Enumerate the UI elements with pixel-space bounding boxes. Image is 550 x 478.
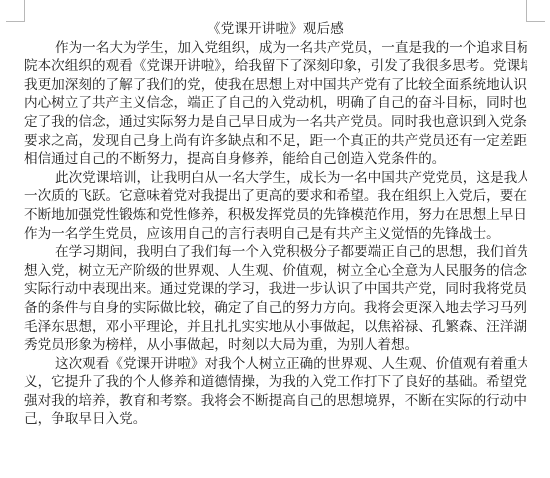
text-line: 我更加深刻的了解了我们的党，使我在思想上对中国共产党有了比较全面系统地认识，并在 — [24, 76, 527, 95]
document-page[interactable]: 《党课开讲啦》观后感 作为一名大为学生，加入党组织，成为一名共产党员，一直是我的… — [24, 20, 527, 429]
text-line: 想入党，树立无产阶级的世界观、人生观、价值观，树立全心全意为人民服务的信念，并从 — [24, 262, 527, 281]
paragraph-3: 在学习期间，我明白了我们每一个入党积极分子都要端正自己的思想，我们首先从思 想入… — [24, 243, 527, 355]
text-line: 强对我的培养，教育和考察。我将会不断提高自己的思想境界，不断在实际的行动中锻炼自 — [24, 392, 527, 411]
document-title: 《党课开讲啦》观后感 — [24, 20, 527, 39]
text-line: 院本次组织的观看《党课开讲啦》，给我留下了深刻印象，引发了我很多思考。党课培训让 — [24, 57, 527, 76]
text-line: 毛泽东思想，邓小平理论，并且扎扎实实地从小事做起，以焦裕禄、孔繁森、汪洋湖等的优 — [24, 318, 527, 337]
text-line: 定了我的信念，通过实际努力是自己早日成为一名共产党员。同时我也意识到入党条件之多… — [24, 113, 527, 132]
text-line: 这次观看《党课开讲啦》对我个人树立正确的世界观、人生观、价值观有着重大的意 — [24, 355, 527, 374]
page-corner-mark-top-right — [526, 0, 545, 22]
text-line: 此次党课培训，让我明白从一名大学生，成长为一名中国共产党党员，这是我人生的 — [24, 169, 527, 188]
text-line: 要求之高，发现自己身上尚有许多缺点和不足，距一个真正的共产党员还有一定差距，但我 — [24, 132, 527, 151]
text-line: 作为一名大为学生，加入党组织，成为一名共产党员，一直是我的一个追求目标，学 — [24, 39, 527, 58]
text-line: 义，它提升了我的个人修养和道德情操，为我的入党工作打下了良好的基础。希望党组织加 — [24, 373, 527, 392]
text-line: 一次质的飞跃。它意味着党对我提出了更高的要求和希望。我在组织上入党后，要在实践中 — [24, 187, 527, 206]
paragraph-1: 作为一名大为学生，加入党组织，成为一名共产党员，一直是我的一个追求目标，学 院本… — [24, 39, 527, 169]
paragraph-4: 这次观看《党课开讲啦》对我个人树立正确的世界观、人生观、价值观有着重大的意 义，… — [24, 355, 527, 429]
text-line: 在学习期间，我明白了我们每一个入党积极分子都要端正自己的思想，我们首先从思 — [24, 243, 527, 262]
text-line: 相信通过自己的不断努力，提高自身修养，能给自己创造入党条件的。 — [24, 150, 527, 169]
paragraph-2: 此次党课培训，让我明白从一名大学生，成长为一名中国共产党党员，这是我人生的 一次… — [24, 169, 527, 243]
text-line: 内心树立了共产主义信念，端正了自己的入党动机，明确了自己的奋斗目标，同时也更加坚 — [24, 94, 527, 113]
page-corner-mark-top-left — [6, 0, 25, 22]
text-line: 不断地加强党性锻炼和党性修养，积极发挥党员的先锋模范作用，努力在思想上早日入党。 — [24, 206, 527, 225]
text-line: 秀党员形象为榜样，从小事做起，时刻以大局为重，为别人着想。 — [24, 336, 527, 355]
text-line: 实际行动中表现出来。通过党课的学习，我进一步认识了中国共产党，同时我将党员所要具 — [24, 280, 527, 299]
text-line: 备的条件与自身的实际做比较，确定了自己的努力方向。我将会更深入地去学习马列主义， — [24, 299, 527, 318]
text-line: 己，争取早日入党。 — [24, 410, 527, 429]
text-line: 作为一名学生党员，应该用自己的言行表明自己是有共产主义觉悟的先锋战士。 — [24, 225, 527, 244]
